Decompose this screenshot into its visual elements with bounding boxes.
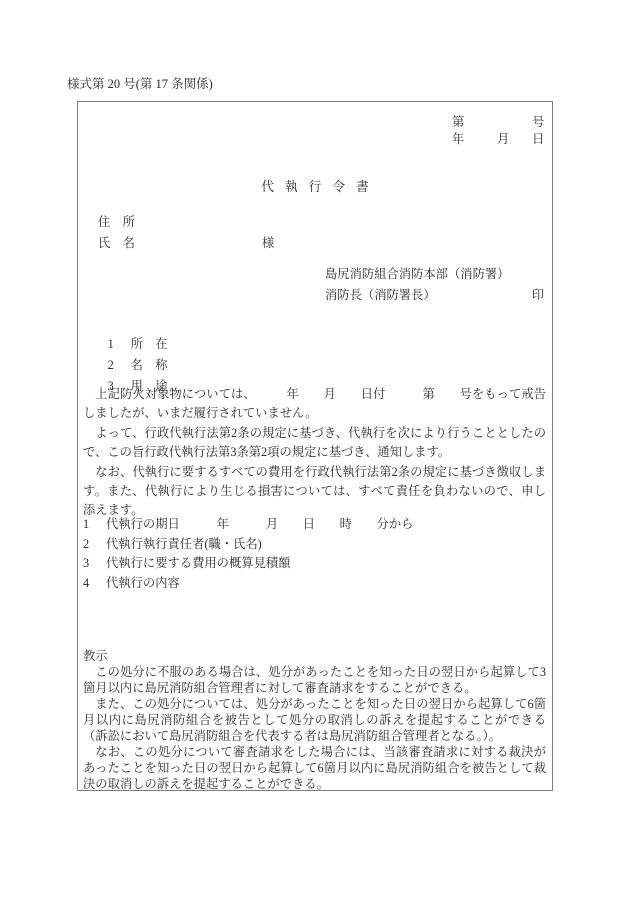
- form-number-label: 様式第 20 号(第 17 条関係): [67, 74, 213, 92]
- appeal-notice-paragraph-review: この処分に不服のある場合は、処分があったことを知った日の翌日から起算して3箇月以…: [83, 664, 546, 696]
- address-label: 住所: [98, 215, 147, 229]
- doc-number-prefix: 第: [452, 112, 464, 130]
- detail-item-text: 代執行の内容: [106, 574, 546, 594]
- body-paragraphs: 上記防火対象物については、 年 月 日付 第 号をもって戒告しましたが、いまだ履…: [83, 385, 546, 521]
- appeal-notice-paragraph-lawsuit: また、この処分については、処分があったことを知った日の翌日から起算して6箇月以内…: [83, 696, 546, 744]
- detail-item-text: 代執行の期日 年 月 日 時 分から: [106, 515, 546, 535]
- date-day-label: 日: [532, 129, 544, 147]
- property-item-label: 名称: [131, 358, 180, 372]
- document-title: 代執行令書: [78, 176, 552, 195]
- body-paragraph-costs: なお、代執行に要するすべての費用を行政代執行法第2条の規定に基づき徴収します。ま…: [83, 463, 546, 521]
- body-paragraph-warning: 上記防火対象物については、 年 月 日付 第 号をもって戒告しましたが、いまだ履…: [83, 385, 546, 424]
- detail-item-content: 4代執行の内容: [83, 574, 546, 594]
- property-item-location: 1所在: [83, 319, 180, 340]
- name-label: 氏名: [98, 236, 147, 250]
- date-year-label: 年: [452, 129, 464, 147]
- property-item-label: 所在: [131, 337, 180, 351]
- document-border-box: 第 号 年 月 日 代執行令書 住所 氏名 様 島尻消防組合消防本部（消防署） …: [77, 101, 553, 791]
- detail-item-text: 代執行執行責任者(職・氏名): [106, 535, 546, 555]
- appeal-notice-section: 教示 この処分に不服のある場合は、処分があったことを知った日の翌日から起算して3…: [83, 648, 546, 792]
- date-month-label: 月: [497, 129, 509, 147]
- detail-item-cost-estimate: 3代執行に要する費用の概算見積額: [83, 554, 546, 574]
- issuer-position: 消防長（消防署長）: [325, 285, 436, 306]
- detail-item-number: 2: [83, 535, 106, 555]
- appeal-notice-heading: 教示: [83, 648, 546, 664]
- detail-item-date: 1代執行の期日 年 月 日 時 分から: [83, 515, 546, 535]
- document-page: 様式第 20 号(第 17 条関係) 第 号 年 月 日 代執行令書 住所 氏名…: [0, 0, 630, 903]
- honorific-label: 様: [262, 233, 274, 251]
- appeal-notice-paragraph-ruling: なお、この処分について審査請求をした場合には、当該審査請求に対する裁決があったこ…: [83, 744, 546, 792]
- issuer-block: 島尻消防組合消防本部（消防署） 消防長（消防署長） 印: [325, 264, 544, 305]
- execution-detail-list: 1代執行の期日 年 月 日 時 分から 2代執行執行責任者(職・氏名) 3代執行…: [83, 515, 546, 593]
- detail-item-number: 1: [83, 515, 106, 535]
- detail-item-number: 4: [83, 574, 106, 594]
- addressee-block: 住所 氏名 様: [98, 212, 147, 254]
- doc-number-suffix: 号: [532, 112, 544, 130]
- seal-mark: 印: [532, 285, 544, 306]
- issuer-organization: 島尻消防組合消防本部（消防署）: [325, 264, 544, 285]
- detail-item-text: 代執行に要する費用の概算見積額: [106, 554, 546, 574]
- detail-item-responsible: 2代執行執行責任者(職・氏名): [83, 535, 546, 555]
- property-item-number: 1: [108, 337, 131, 352]
- property-item-number: 2: [108, 358, 131, 373]
- detail-item-number: 3: [83, 554, 106, 574]
- property-list: 1所在 2名称 3用途: [83, 319, 180, 382]
- body-paragraph-notice: よって、行政代執行法第2条の規定に基づき、代執行を次により行うこととしたので、こ…: [83, 424, 546, 463]
